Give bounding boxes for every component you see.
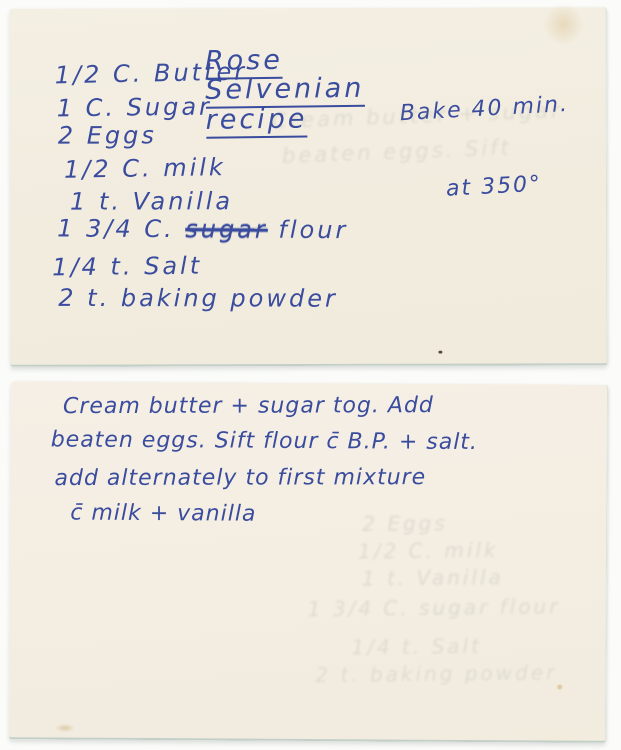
bake-temperature: at 350° (445, 171, 573, 202)
instruction-line-3: add alternately to first mixture (54, 466, 426, 491)
recipe-card-front: Rose Selvenian recipe Bake 40 min. at 35… (10, 7, 608, 367)
paper-stain (557, 685, 562, 690)
bleed-through-text: 1/4 t. Salt (351, 634, 482, 659)
paper-stain (55, 723, 75, 732)
ingredient-flour-quantity: 1 3/4 C. (57, 214, 185, 243)
ingredient-vanilla: 1 t. Vanilla (70, 188, 233, 215)
recipe-card-photo: Rose Selvenian recipe Bake 40 min. at 35… (0, 0, 621, 750)
ingredient-butter: 1/2 C. Butter (54, 58, 247, 88)
bleed-through-text: 1/2 C. milk (358, 538, 499, 564)
instruction-line-1: Cream butter + sugar tog. Add (63, 394, 434, 419)
bleed-through-text: 1 3/4 C. sugar flour (308, 594, 561, 621)
paper-stain (542, 1, 586, 47)
ingredient-eggs: 2 Eggs (58, 122, 157, 149)
ink-speck (438, 351, 442, 354)
ingredient-milk: 1/2 C. milk (64, 154, 226, 183)
recipe-card-back: Cream butter + sugar tog. Add beaten egg… (9, 381, 608, 743)
ingredient-flour: 1 3/4 C. sugar flour (57, 215, 348, 243)
bleed-through-text: 2 t. baking powder (315, 660, 557, 687)
ingredient-sugar: 1 C. Sugar (57, 94, 212, 122)
crossed-out-word: sugar (185, 215, 268, 244)
ingredient-baking-powder: 2 t. baking powder (58, 285, 338, 312)
ingredient-salt: 1/4 t. Salt (52, 253, 202, 281)
ingredient-flour-word: flour (268, 216, 349, 244)
bleed-through-text: 2 Eggs (362, 511, 448, 536)
instruction-line-4: c̄ milk + vanilla (70, 502, 256, 527)
bleed-through-text: 1 t. Vanilla (362, 565, 504, 591)
instruction-line-2: beaten eggs. Sift flour c̄ B.P. + salt. (51, 428, 478, 455)
